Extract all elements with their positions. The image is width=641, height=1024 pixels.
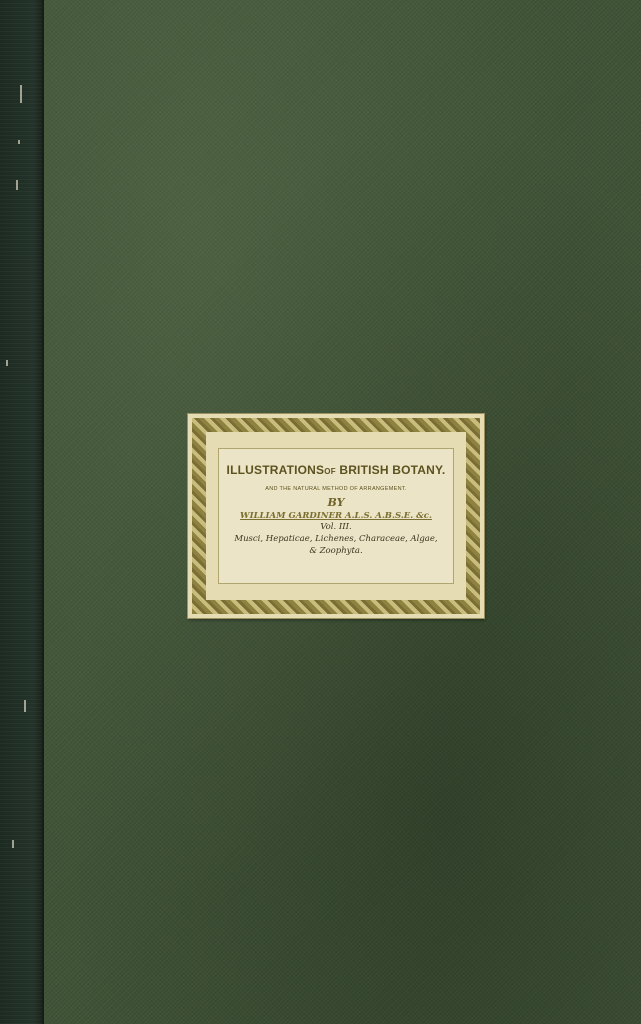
title-label: ILLUSTRATIONSOF BRITISH BOTANY. AND THE … [188,414,484,618]
book-spine [0,0,44,1024]
handwritten-contents-1: Musci, Hepaticae, Lichenes, Characeae, A… [219,533,453,545]
spine-scuff [6,360,8,366]
label-subtitle: AND THE NATURAL METHOD OF ARRANGEMENT. [219,486,453,492]
spine-scuff [20,85,22,103]
spine-scuff [18,140,20,144]
label-title: ILLUSTRATIONSOF BRITISH BOTANY. [219,463,453,477]
label-text-panel: ILLUSTRATIONSOF BRITISH BOTANY. AND THE … [218,448,454,584]
label-by: BY [219,496,453,509]
spine-scuff [16,180,18,190]
spine-scuff [12,840,14,848]
handwritten-volume: Vol. III. [219,521,453,533]
handwritten-contents-2: & Zoophyta. [219,545,453,557]
label-author: WILLIAM GARDINER A.L.S. A.B.S.E. &c. [219,511,453,521]
spine-scuff [24,700,26,712]
book-cover: ILLUSTRATIONSOF BRITISH BOTANY. AND THE … [0,0,641,1024]
